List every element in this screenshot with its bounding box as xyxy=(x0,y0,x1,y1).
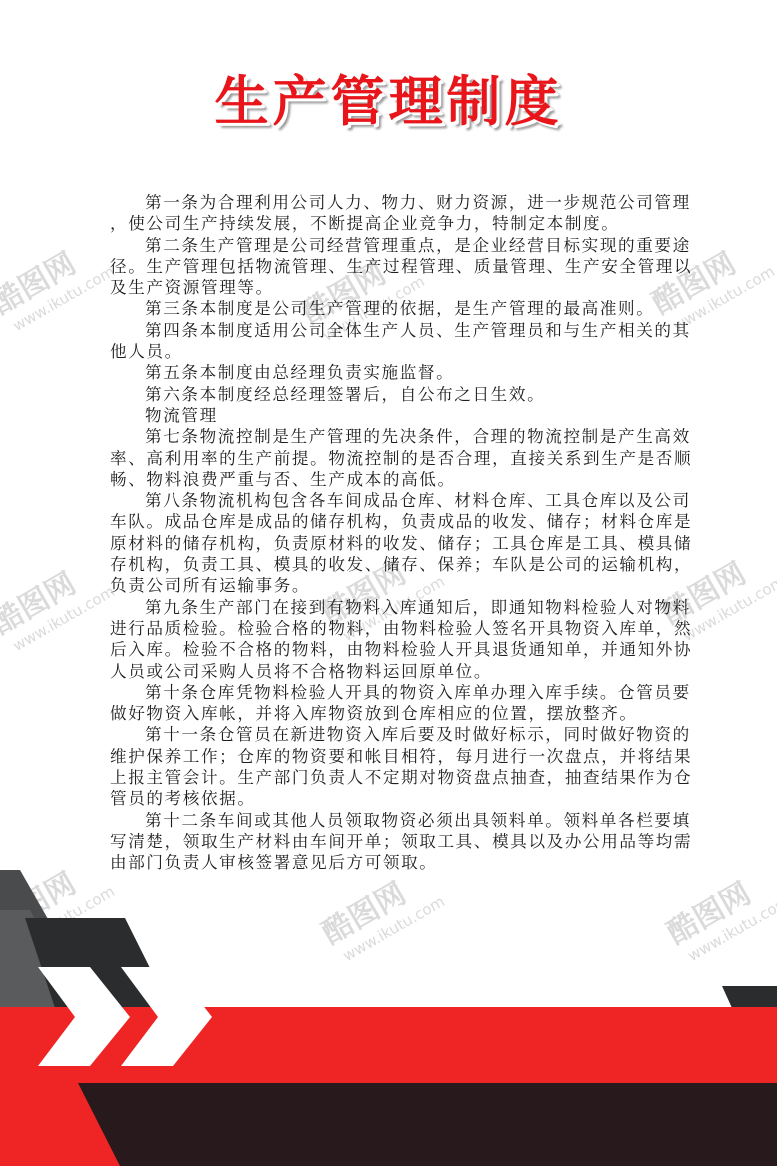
paragraph-line: 后入库。检验不合格的物料，由物料检验人开具退货通知单，并通知外协 xyxy=(110,639,710,660)
watermark: 酷图网www.ikutu.com xyxy=(0,544,118,658)
paragraph-line: 第十条仓库凭物料检验人开具的物资入库单办理入库手续。仓管员要 xyxy=(110,682,710,703)
paragraph-line: 第八条物流机构包含各车间成品仓库、材料仓库、工具仓库以及公司 xyxy=(110,490,710,511)
paragraph-line: 他人员。 xyxy=(110,341,710,362)
decorative-footer-banner xyxy=(0,870,777,1166)
paragraph-line: 第九条生产部门在接到有物料入库通知后，即通知物料检验人对物料 xyxy=(110,597,710,618)
paragraph-line: 第一条为合理利用公司人力、物力、财力资源，进一步规范公司管理 xyxy=(110,192,710,213)
document-body: 第一条为合理利用公司人力、物力、财力资源，进一步规范公司管理，使公司生产持续发展… xyxy=(110,192,710,874)
paragraph-line: 原材料的储存机构，负责原材料的收发、储存；工具仓库是工具、模具储 xyxy=(110,533,710,554)
dark-bottom-band xyxy=(0,1083,777,1166)
paragraph-line: 第四条本制度适用公司全体生产人员、生产管理员和与生产相关的其 xyxy=(110,320,710,341)
paragraph-line: 车队。成品仓库是成品的储存机构，负责成品的收发、储存；材料仓库是 xyxy=(110,511,710,532)
paragraph-line: 第三条本制度是公司生产管理的依据，是生产管理的最高准则。 xyxy=(110,298,710,319)
page-title: 生产管理制度 xyxy=(0,70,777,134)
paragraph-line: 第二条生产管理是公司经营管理重点，是企业经营目标实现的重要途 xyxy=(110,235,710,256)
paragraph-line: 畅、物料浪费严重与否、生产成本的高低。 xyxy=(110,469,710,490)
paragraph-line: 径。生产管理包括物流管理、生产过程管理、质量管理、生产安全管理以 xyxy=(110,256,710,277)
paragraph-line: 做好物资入库帐，并将入库物资放到仓库相应的位置，摆放整齐。 xyxy=(110,703,710,724)
paragraph-line: 存机构，负责工具、模具的收发、储存、保养；车队是公司的运输机构， xyxy=(110,554,710,575)
paragraph-line: 及生产资源管理等。 xyxy=(110,277,710,298)
paragraph-line: 上报主管会计。生产部门负责人不定期对物资盘点抽查，抽查结果作为仓 xyxy=(110,767,710,788)
watermark: 酷图网www.ikutu.com xyxy=(0,224,118,338)
paragraph-line: ，使公司生产持续发展，不断提高企业竞争力，特制定本制度。 xyxy=(110,213,710,234)
paragraph-line: 人员或公司采购人员将不合格物料运回原单位。 xyxy=(110,661,710,682)
paragraph-line: 管员的考核依据。 xyxy=(110,788,710,809)
paragraph-line: 物流管理 xyxy=(110,405,710,426)
paragraph-line: 负责公司所有运输事务。 xyxy=(110,575,710,596)
paragraph-line: 第十一条仓管员在新进物资入库后要及时做好标示，同时做好物资的 xyxy=(110,724,710,745)
paragraph-line: 第十二条车间或其他人员领取物资必须出具领料单。领料单各栏要填 xyxy=(110,810,710,831)
paragraph-line: 第六条本制度经总经理签署后，自公布之日生效。 xyxy=(110,384,710,405)
paragraph-line: 进行品质检验。检验合格的物料，由物料检验人签名开具物资入库单，然 xyxy=(110,618,710,639)
paragraph-line: 第五条本制度由总经理负责实施监督。 xyxy=(110,362,710,383)
paragraph-line: 维护保养工作；仓库的物资要和帐目相符，每月进行一次盘点，并将结果 xyxy=(110,746,710,767)
paragraph-line: 第七条物流控制是生产管理的先决条件，合理的物流控制是产生高效 xyxy=(110,426,710,447)
paragraph-line: 写清楚，领取生产材料由车间开单；领取工具、模具以及办公用品等均需 xyxy=(110,831,710,852)
paragraph-line: 率、高利用率的生产前提。物流控制的是否合理，直接关系到生产是否顺 xyxy=(110,448,710,469)
dark-tab-right xyxy=(722,986,777,1008)
